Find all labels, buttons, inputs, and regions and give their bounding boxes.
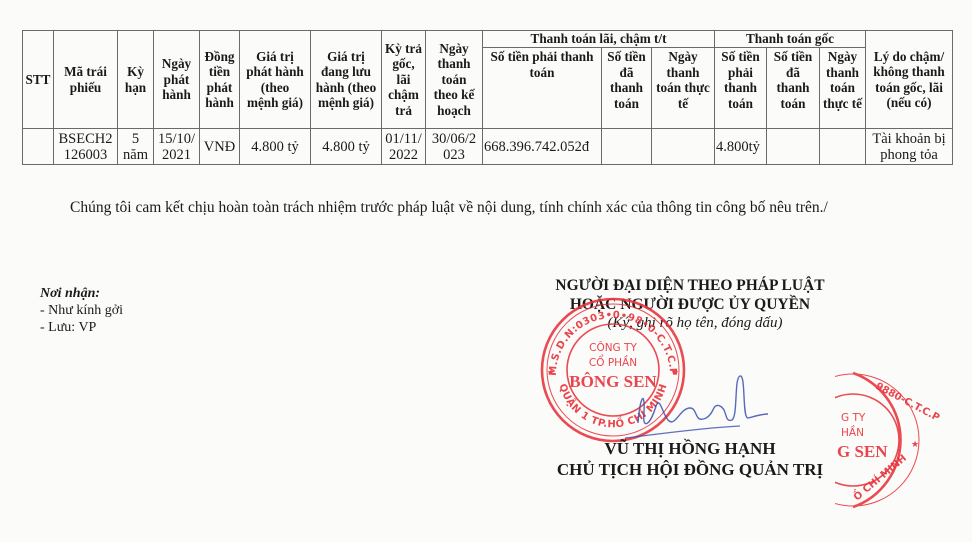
cell-interest-paid bbox=[602, 129, 652, 165]
cell-interest-actual-date bbox=[652, 129, 715, 165]
cell-bond-code: BSECH2 126003 bbox=[54, 129, 118, 165]
header-stt: STT bbox=[23, 31, 54, 129]
header-issue-date: Ngày phát hành bbox=[154, 31, 200, 129]
cell-principal-actual-date bbox=[820, 129, 866, 165]
header-interest-actual-date: Ngày thanh toán thực tế bbox=[652, 48, 715, 129]
header-reason: Lý do chậm/ không thanh toán gốc, lãi (n… bbox=[866, 31, 953, 129]
svg-text:CÔNG TY: CÔNG TY bbox=[589, 341, 637, 354]
cell-reason: Tài khoản bị phong tỏa bbox=[866, 129, 953, 165]
cell-principal-due: 4.800tỷ bbox=[715, 129, 767, 165]
recipients-block: Nơi nhận: - Như kính gởi - Lưu: VP bbox=[40, 285, 123, 336]
signer-name: VŨ THỊ HỒNG HẠNH bbox=[520, 438, 860, 459]
signer-title: CHỦ TỊCH HỘI ĐỒNG QUẢN TRỊ bbox=[520, 459, 860, 480]
cell-principal-paid bbox=[767, 129, 820, 165]
svg-text:CỔ PHẦN: CỔ PHẦN bbox=[589, 354, 637, 369]
header-interest-due: Số tiền phải thanh toán bbox=[483, 48, 602, 129]
header-bond-code: Mã trái phiếu bbox=[54, 31, 118, 129]
header-planned-date: Ngày thanh toán theo kế hoạch bbox=[426, 31, 483, 129]
svg-text:★: ★ bbox=[911, 440, 919, 450]
header-outstanding-value: Giá trị đang lưu hành (theo mệnh giá) bbox=[311, 31, 382, 129]
signer-role-line1: NGƯỜI ĐẠI DIỆN THEO PHÁP LUẬT bbox=[520, 276, 860, 295]
table-row: BSECH2 126003 5 năm 15/10/ 2021 VNĐ 4.80… bbox=[23, 129, 953, 165]
header-term: Kỳ hạn bbox=[118, 31, 154, 129]
cell-late-period: 01/11/ 2022 bbox=[382, 129, 426, 165]
cell-term: 5 năm bbox=[118, 129, 154, 165]
header-principal-actual-date: Ngày thanh toán thực tế bbox=[820, 48, 866, 129]
recipient-item: - Như kính gởi bbox=[40, 302, 123, 319]
bond-payment-table: STT Mã trái phiếu Kỳ hạn Ngày phát hành … bbox=[22, 30, 953, 165]
header-principal-group: Thanh toán gốc bbox=[715, 31, 866, 48]
table-header-group-row: STT Mã trái phiếu Kỳ hạn Ngày phát hành … bbox=[23, 31, 953, 48]
commitment-statement: Chúng tôi cam kết chịu hoàn toàn trách n… bbox=[40, 197, 920, 218]
cell-issue-date: 15/10/ 2021 bbox=[154, 129, 200, 165]
header-interest-group: Thanh toán lãi, chậm t/t bbox=[483, 31, 715, 48]
cell-currency: VNĐ bbox=[200, 129, 240, 165]
header-late-period: Kỳ trả gốc, lãi chậm trả bbox=[382, 31, 426, 129]
svg-text:9880-C.T.C.P: 9880-C.T.C.P bbox=[874, 381, 942, 424]
svg-text:G TY: G TY bbox=[841, 412, 866, 424]
svg-text:HẦN: HẦN bbox=[841, 425, 864, 439]
cell-stt bbox=[23, 129, 54, 165]
header-principal-paid: Số tiền đã thanh toán bbox=[767, 48, 820, 129]
signer-block: VŨ THỊ HỒNG HẠNH CHỦ TỊCH HỘI ĐỒNG QUẢN … bbox=[520, 438, 860, 480]
svg-text:★: ★ bbox=[547, 368, 555, 378]
handwritten-signature-icon bbox=[620, 368, 770, 448]
header-currency: Đồng tiền phát hành bbox=[200, 31, 240, 129]
header-interest-paid: Số tiền đã thanh toán bbox=[602, 48, 652, 129]
cell-planned-date: 30/06/2 023 bbox=[426, 129, 483, 165]
header-issue-value: Giá trị phát hành (theo mệnh giá) bbox=[240, 31, 311, 129]
recipient-item: - Lưu: VP bbox=[40, 319, 123, 336]
header-principal-due: Số tiền phải thanh toán bbox=[715, 48, 767, 129]
cell-interest-due: 668.396.742.052đ bbox=[483, 129, 602, 165]
svg-text:G SEN: G SEN bbox=[837, 442, 888, 461]
partial-stamp-icon: 9880-C.T.C.P Ồ CHÍ MINH G TY HẦN G SEN ★ bbox=[835, 365, 972, 515]
cell-issue-value: 4.800 tỷ bbox=[240, 129, 311, 165]
recipients-title: Nơi nhận: bbox=[40, 285, 123, 302]
cell-outstanding-value: 4.800 tỷ bbox=[311, 129, 382, 165]
